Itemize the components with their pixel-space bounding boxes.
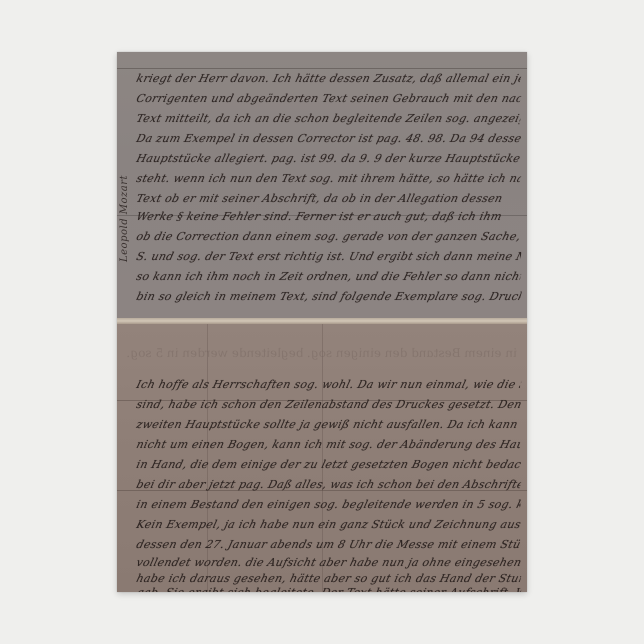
manuscript-line: so kann ich ihm noch in Zeit ordnen, und… bbox=[135, 270, 522, 283]
manuscript-line: Kein Exempel, ja ich habe nun ein ganz S… bbox=[135, 518, 522, 531]
manuscript-line: Text ob er mit seiner Abschrift, da ob i… bbox=[135, 192, 522, 205]
manuscript-line: vollendet worden. die Aufsicht aber habe… bbox=[135, 556, 522, 569]
manuscript-line: ob die Correction dann einem sog. gerade… bbox=[135, 230, 522, 243]
manuscript-line: habe ich daraus gesehen, hätte aber so g… bbox=[135, 572, 522, 585]
manuscript-line: Hauptstücke allegiert. pag. ist 99. da 9… bbox=[135, 152, 522, 165]
manuscript-line: S. und sog. der Text erst richtig ist. U… bbox=[135, 250, 522, 263]
manuscript-line: kriegt der Herr davon. Ich hätte dessen … bbox=[135, 72, 522, 85]
manuscript-line: steht. wenn ich nun den Text sog. mit ih… bbox=[135, 172, 522, 185]
manuscript-line: sind, habe ich schon den Zeilenabstand d… bbox=[135, 398, 522, 411]
lower-text-block: Ich hoffe als Herrschaften sog. wohl. Da… bbox=[135, 324, 519, 592]
upper-manuscript-sheet: Leopold Mozart kriegt der Herr davon. Ic… bbox=[117, 52, 527, 318]
manuscript-line: Da zum Exempel in dessen Corrector ist p… bbox=[135, 132, 522, 145]
manuscript-line: bin so gleich in meinem Text, sind folge… bbox=[135, 290, 522, 303]
manuscript-line: Corrigenten und abgeänderten Text seinen… bbox=[135, 92, 522, 105]
manuscript-line: Ich hoffe als Herrschaften sog. wohl. Da… bbox=[135, 378, 522, 391]
manuscript-line: Text mitteilt, da ich an die schon begle… bbox=[135, 112, 522, 125]
manuscript-postcard: Leopold Mozart kriegt der Herr davon. Ic… bbox=[117, 52, 527, 592]
manuscript-line: gab. Sie ergibt sich begleitete. Der Tex… bbox=[135, 586, 522, 592]
margin-annotation: Leopold Mozart bbox=[119, 92, 133, 262]
manuscript-line: bei dir aber jetzt pag. Daß alles, was i… bbox=[135, 478, 522, 491]
manuscript-line: nicht um einen Bogen, kann ich mit sog. … bbox=[135, 438, 522, 451]
lower-manuscript-sheet: in einem Bestand den einigen sog. beglei… bbox=[117, 324, 527, 592]
manuscript-line: zweiten Hauptstücke sollte ja gewiß nich… bbox=[135, 418, 522, 431]
manuscript-line: Werke § keine Fehler sind. Ferner ist er… bbox=[135, 210, 522, 223]
manuscript-line: dessen den 27. Januar abends um 8 Uhr di… bbox=[135, 538, 522, 551]
upper-text-block: kriegt der Herr davon. Ich hätte dessen … bbox=[135, 52, 519, 318]
manuscript-line: in einem Bestand den einigen sog. beglei… bbox=[135, 498, 522, 511]
manuscript-line: in Hand, die dem einige der zu letzt ges… bbox=[135, 458, 522, 471]
